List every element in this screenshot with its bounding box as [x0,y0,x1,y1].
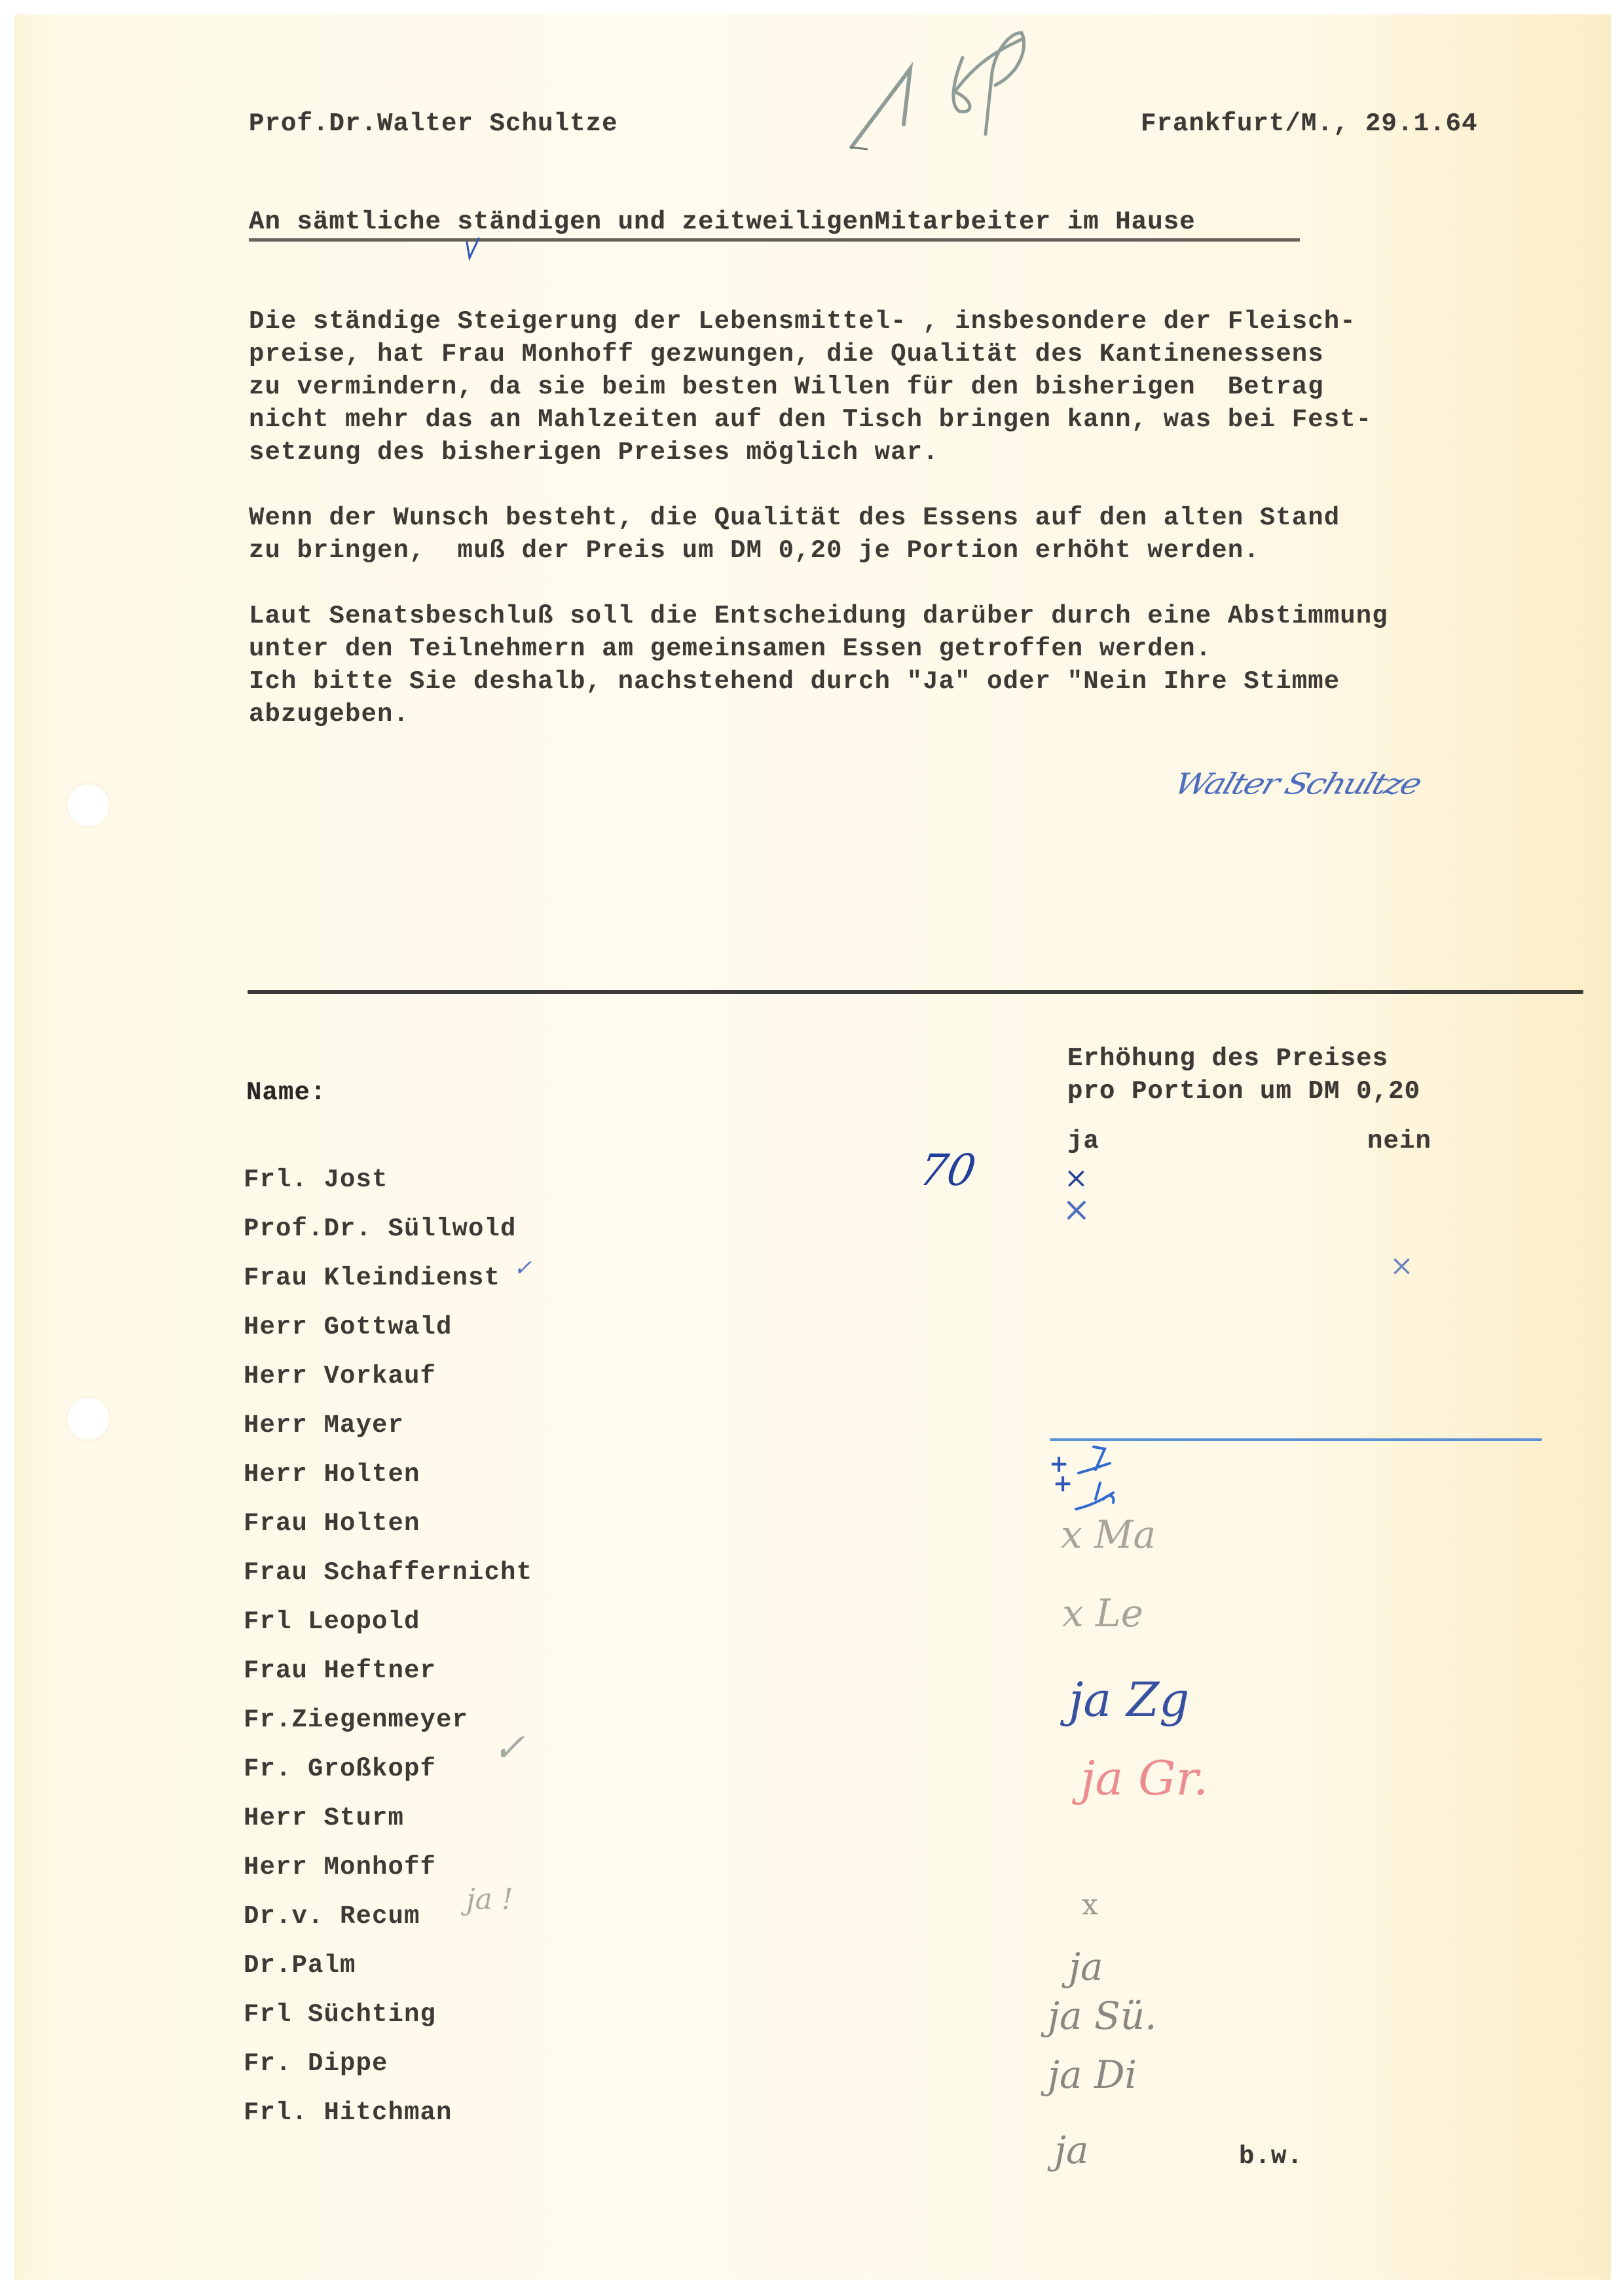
voter-name: Prof.Dr. Süllwold [244,1209,532,1258]
check-mark-icon: ✓ [513,1257,532,1279]
voter-name: Herr Vorkauf [244,1357,532,1406]
vote-recum: x [1082,1891,1098,1920]
voter-name: Fr. Dippe [244,2044,532,2093]
vote-mark-no: × [1390,1252,1414,1281]
paragraph-line: Wenn der Wunsch besteht, die Qualität de… [249,501,1340,534]
voter-name: Fr.Ziegenmeyer [244,1700,532,1749]
vote-schaffernicht: x Ma [1061,1516,1156,1554]
paragraph-line: preise, hat Frau Monhoff gezwungen, die … [249,338,1372,371]
voter-name: Fr. Großkopf [244,1749,532,1798]
name-column-header: Name: [246,1080,327,1106]
check-mark-icon [462,236,488,262]
voter-name: Herr Mayer [244,1406,532,1455]
no-column-header: nein [1367,1129,1431,1154]
voter-name: Herr Gottwald [244,1307,532,1357]
vote-mark-yes: × [1062,1193,1091,1227]
margin-note: 70 [916,1149,979,1192]
voter-name: Dr.Palm [244,1946,532,1995]
punch-hole-top [67,784,109,826]
subject-underline [249,238,1300,242]
paragraph-1: Die ständige Steigerung der Lebensmittel… [249,305,1372,469]
archive-number-handwritten [812,20,1061,170]
paragraph-line: Laut Senatsbeschluß soll die Entscheidun… [249,600,1388,632]
blue-divider-line [1050,1438,1542,1441]
voter-name: Frau Schaffernicht [244,1553,532,1602]
footer-bw: b.w. [1239,2144,1303,2170]
vote-suechting: ja Sü. [1048,1997,1157,2035]
punch-hole-bottom [67,1398,109,1440]
paragraph-line: unter den Teilnehmern am gemeinsamen Ess… [249,632,1388,665]
question-line-1: Erhöhung des Preises [1067,1046,1388,1072]
subject-line: An sämtliche ständigen und zeitweiligenM… [249,210,1196,235]
vote-grosskopf: ja Gr. [1080,1755,1208,1802]
vote-ziegenmeyer: ja Zg [1069,1676,1189,1723]
voter-name: Frl. Jost [244,1160,532,1209]
place-date: Frankfurt/M., 29.1.64 [1141,111,1478,137]
paragraph-line: nicht mehr das an Mahlzeiten auf den Tis… [249,403,1372,436]
voter-name: Herr Sturm [244,1798,532,1848]
voter-name: Frl Leopold [244,1602,532,1651]
paragraph-3: Laut Senatsbeschluß soll die Entscheidun… [249,600,1388,731]
sender-name: Prof.Dr.Walter Schultze [249,111,618,137]
voter-name: Frau Holten [244,1504,532,1553]
yes-column-header: ja [1067,1129,1099,1154]
voter-name: Frl Süchting [244,1995,532,2044]
paragraph-line: zu vermindern, da sie beim besten Willen… [249,371,1372,403]
question-line-2: pro Portion um DM 0,20 [1067,1079,1420,1104]
voter-name: Herr Holten [244,1455,532,1504]
vote-leopold: x Le [1062,1594,1143,1632]
initials-handwritten [1064,1444,1143,1516]
vote-mark-yes: × [1064,1164,1088,1193]
vote-dippe: ja Di [1048,2056,1137,2094]
separator-line [248,990,1583,994]
paragraph-line: Die ständige Steigerung der Lebensmittel… [249,305,1372,338]
voter-list: Frl. Jost Prof.Dr. Süllwold Frau Kleindi… [244,1160,532,2142]
paragraph-line: zu bringen, muß der Preis um DM 0,20 je … [249,534,1340,567]
paragraph-line: Ich bitte Sie deshalb, nachstehend durch… [249,665,1388,698]
vote-palm: ja [1069,1948,1103,1986]
check-mark-icon: ✓ [492,1728,525,1768]
voter-name: Frau Heftner [244,1651,532,1700]
vote-hitchman: ja [1054,2131,1089,2169]
voter-name: Frau Kleindienst [244,1258,532,1307]
paragraph-line: setzung des bisherigen Preises möglich w… [249,436,1372,469]
voter-name: Frl. Hitchman [244,2093,532,2142]
recum-note: ja ! [466,1886,513,1914]
signature: Walter Schultze [1171,770,1424,799]
paragraph-line: abzugeben. [249,698,1388,731]
paragraph-2: Wenn der Wunsch besteht, die Qualität de… [249,501,1340,567]
